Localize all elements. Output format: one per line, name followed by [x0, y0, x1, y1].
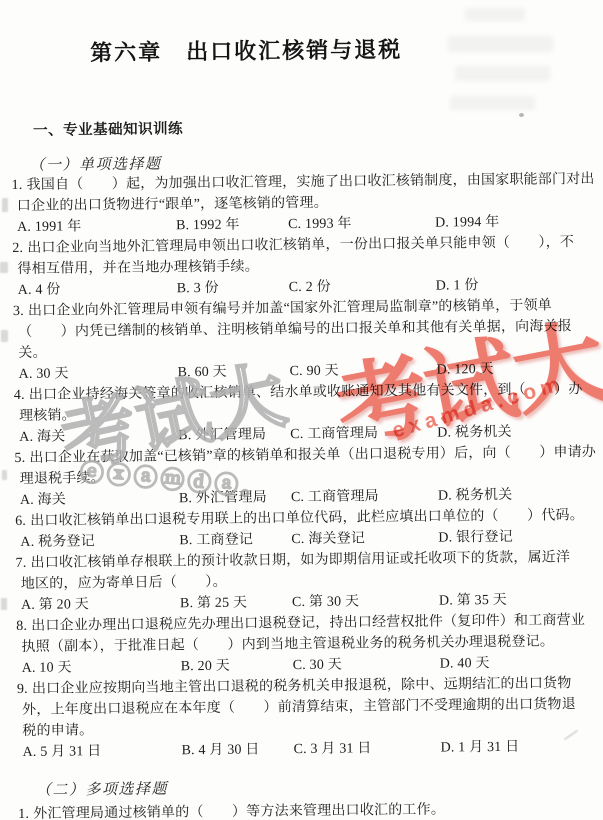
question-text: 出口收汇核销单出口退税专用联上的出口单位代码，此栏应填出口单位的（ ）代码。 [30, 508, 584, 529]
question-number: 9. [17, 679, 32, 700]
question-text: 出口收汇核销单存根联上的预计收款日期，如为即期信用证或托收项下的货款，属近洋 [31, 550, 571, 571]
question-text: 出口企业在获取加盖“已核销”章的核销单和报关单（出口退税专用）后，向（ ）申请办 [29, 445, 596, 466]
question-4: 4.出口企业持经海关签章的收汇核销单、结水单或收账通知及其他有关文件，到（ ）办… [14, 379, 582, 448]
option-a: A. 第 20 天 [21, 593, 180, 616]
question-number: 6. [15, 511, 30, 532]
option-c: C. 1993 年 [288, 213, 435, 236]
options-row: A. 5 月 31 日 B. 4 月 30 日 C. 3 月 31 日 D. 1… [17, 736, 584, 763]
question-number: 3. [13, 301, 28, 322]
question-number: 7. [15, 553, 30, 574]
subsection-heading-single-choice: （一）单项选择题 [29, 152, 161, 174]
question-text: 我国自（ ）起，为加强出口收汇管理，实施了出口收汇核销制度，由国家职能部门对出 [27, 172, 595, 193]
option-a: A. 海关 [20, 488, 179, 511]
option-d: D. 税务机关 [438, 484, 582, 507]
question-1: 1.我国自（ ）起，为加强出口收汇管理，实施了出口收汇核销制度，由国家职能部门对… [12, 169, 580, 238]
option-b: B. 60 天 [177, 361, 289, 383]
page-content: 第六章 出口收汇核销与退税 一、专业基础知识训练 （一）单项选择题 1.我国自（… [0, 0, 603, 820]
subsection-heading-multiple-choice: （二）多项选择题 [36, 775, 585, 802]
option-d: D. 第 35 天 [439, 589, 583, 612]
question-number: 8. [16, 616, 31, 637]
option-d: D. 120 天 [436, 358, 580, 381]
option-b: B. 1992 年 [176, 214, 288, 236]
option-a: A. 10 天 [22, 656, 181, 679]
question-7: 7.出口收汇核销单存根联上的预计收款日期，如为即期信用证或托收项下的货款，属近洋… [15, 547, 583, 616]
question-number: 1. [18, 804, 33, 820]
option-b: B. 第 25 天 [180, 592, 292, 614]
option-c: C. 30 天 [293, 654, 440, 677]
option-c: C. 第 30 天 [292, 591, 439, 614]
question-text: 出口企业应按期向当地主管出口退税的税务机关申报退税，除中、远期结汇的出口货物 [32, 676, 572, 697]
question-8: 8.出口企业办理出口退税应先办理出口退税登记，持出口经营权批件（复印件）和工商营… [16, 610, 584, 679]
option-c: C. 3 月 31 日 [293, 738, 440, 761]
question-5: 5.出口企业在获取加盖“已核销”章的核销单和报关单（出口退税专用）后，向（ ）申… [14, 442, 582, 511]
option-a: A. 1991 年 [17, 215, 176, 238]
option-c: C. 2 份 [289, 276, 436, 299]
option-a: A. 海关 [19, 425, 178, 448]
question-2: 2.出口企业向当地外汇管理局申领出口收汇核销单，一份出口报关单只能申领（ ），不… [12, 232, 580, 301]
option-c: C. 工商管理局 [290, 423, 437, 446]
option-c: C. 工商管理局 [291, 486, 438, 509]
option-d: D. 40 天 [440, 652, 584, 675]
option-d: D. 1 份 [436, 274, 580, 297]
question-3: 3.出口企业向外汇管理局申领有编号并加盖“国家外汇管理局监制章”的核销单，于领单… [13, 295, 581, 385]
question-list: 1.我国自（ ）起，为加强出口收汇管理，实施了出口收汇核销制度，由国家职能部门对… [12, 169, 586, 820]
option-a: A. 30 天 [19, 362, 178, 385]
question-text: 出口企业办理出口退税应先办理出口退税登记，持出口经营权批件（复印件）和工商营业 [31, 613, 585, 634]
option-c: C. 90 天 [289, 360, 436, 383]
option-a: A. 税务登记 [20, 530, 179, 553]
option-b: B. 外汇管理局 [179, 487, 291, 509]
question-text: 出口企业向外汇管理局申领有编号并加盖“国家外汇管理局监制章”的核销单，于领单 [28, 298, 552, 318]
question-text: 出口企业持经海关签章的收汇核销单、结水单或收账通知及其他有关文件，到（ ）办 [29, 382, 583, 403]
scanned-page: 第六章 出口收汇核销与退税 一、专业基础知识训练 （一）单项选择题 1.我国自（… [0, 0, 603, 820]
question-text: 外汇管理局通过核销单的（ ）等方法来管理出口收汇的工作。 [33, 803, 445, 820]
question-9: 9.出口企业应按期向当地主管出口退税的税务机关申报退税，除中、远期结汇的出口货物… [17, 673, 585, 763]
section-heading: 一、专业基础知识训练 [33, 117, 183, 140]
option-d: D. 税务机关 [437, 421, 581, 444]
option-b: B. 工商登记 [179, 529, 291, 551]
option-b: B. 外汇管理局 [178, 424, 290, 446]
option-b: B. 3 份 [177, 277, 289, 299]
option-d: D. 1994 年 [435, 211, 579, 234]
question-number: 1. [12, 175, 27, 196]
option-a: A. 4 份 [18, 278, 177, 301]
question-number: 5. [14, 448, 29, 469]
question-number: 2. [12, 238, 27, 259]
option-c: C. 海关登记 [291, 528, 438, 551]
option-d: D. 1 月 31 日 [440, 736, 584, 759]
question-text: 出口企业向当地外汇管理局申领出口收汇核销单，一份出口报关单只能申领（ ），不 [27, 235, 574, 256]
multi-question-1: 1.外汇管理局通过核销单的（ ）等方法来管理出口收汇的工作。 [18, 798, 585, 820]
option-b: B. 20 天 [181, 655, 293, 677]
option-a: A. 5 月 31 日 [22, 740, 181, 763]
question-number: 4. [14, 385, 29, 406]
chapter-title: 第六章 出口收汇核销与退税 [0, 32, 496, 68]
option-d: D. 银行登记 [438, 526, 582, 549]
question-6: 6.出口收汇核销单出口退税专用联上的出口单位代码，此栏应填出口单位的（ ）代码。… [15, 505, 582, 553]
option-b: B. 4 月 30 日 [181, 739, 293, 761]
